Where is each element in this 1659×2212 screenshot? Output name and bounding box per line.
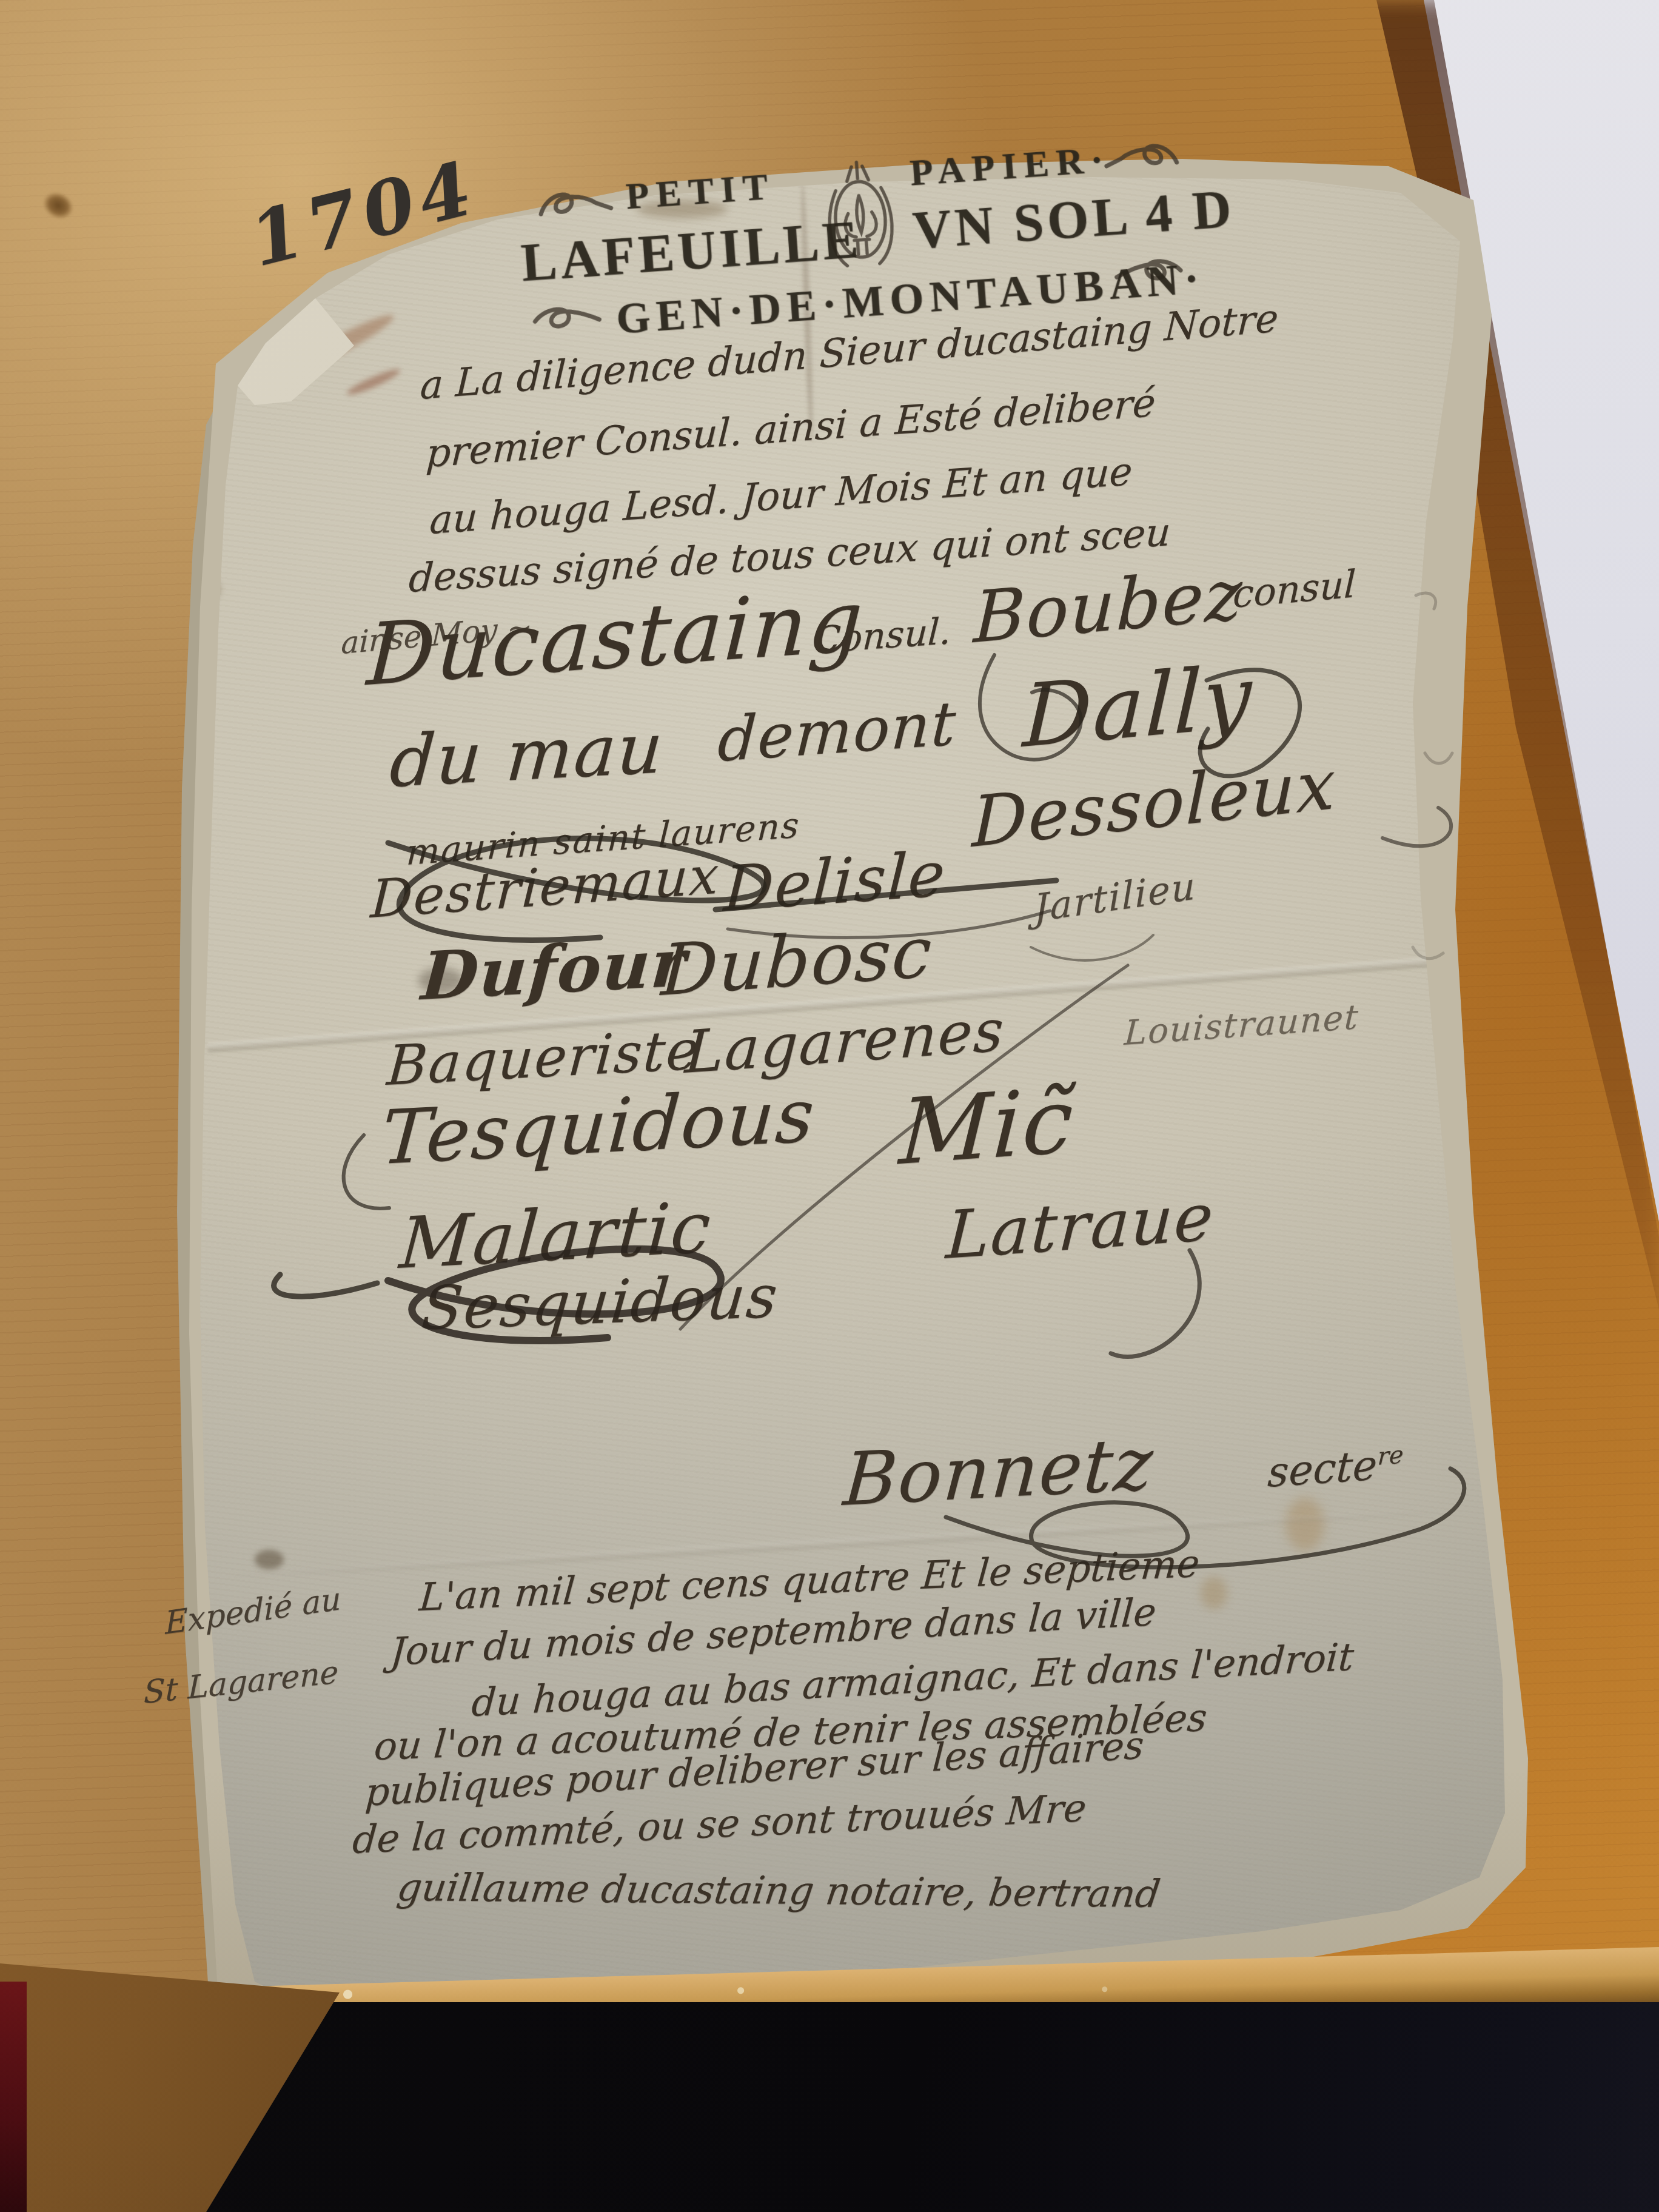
paragraph-bottom-line7-text: guillaume ducastaing notaire, bertrand xyxy=(395,1865,1163,1916)
signature-dufour: Dufour xyxy=(420,925,689,1015)
title-secretary-superscript: re xyxy=(1377,1441,1404,1470)
photograph-of-manuscript: PETIT PAPIER· LAFEUILLE VN SOL 4 D GEN·D… xyxy=(0,0,1659,2212)
fox-spot xyxy=(1285,1498,1324,1551)
signature-mic-text: Mic̃ xyxy=(897,1068,1076,1185)
signature-sesquidous: Sesquidous xyxy=(421,1262,779,1343)
paragraph-bottom-line: guillaume ducastaing notaire, bertrand xyxy=(397,1865,1160,1916)
stamp-text-petit: PETIT xyxy=(625,165,776,218)
signature-dumau: du mau xyxy=(388,707,666,803)
scroll-ornament-icon xyxy=(1101,136,1182,178)
signature-dufour-text: Dufour xyxy=(419,925,689,1016)
signature-dally: Dally xyxy=(1019,647,1256,766)
rust-stain xyxy=(345,366,402,398)
signature-mic: Mic̃ xyxy=(896,1068,1078,1185)
fox-spot xyxy=(1201,1577,1227,1609)
ink-speck xyxy=(255,1550,284,1569)
scroll-ornament-icon xyxy=(534,184,615,226)
title-secretary-text: secte xyxy=(1267,1441,1379,1497)
red-object-edge xyxy=(0,1982,27,2212)
signature-bonnet-secretary: Bonnetz xyxy=(842,1422,1156,1523)
signature-sesquidous-text: Sesquidous xyxy=(419,1262,781,1344)
title-secretary: sectere xyxy=(1266,1439,1405,1496)
signature-bonnet-text: Bonnetz xyxy=(841,1422,1157,1523)
signature-dumau-text: du mau xyxy=(387,707,667,803)
scroll-ornament-icon xyxy=(530,298,605,340)
signature-dally-text: Dally xyxy=(1021,646,1254,767)
